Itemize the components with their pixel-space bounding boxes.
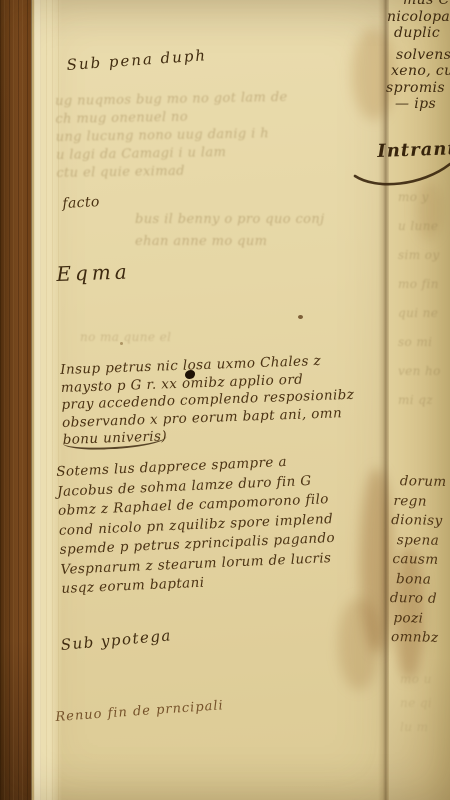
handwritten-line: mus C — [403, 0, 450, 9]
bleedthrough-line: sim oy — [398, 248, 441, 277]
bleedthrough-line: bus il benny o pro quo conj — [135, 212, 325, 234]
handwritten-line: duro d — [390, 589, 450, 610]
handwritten-line: spromis — [386, 80, 450, 97]
handwritten-line: dionisy — [391, 511, 450, 532]
entry-paragraph-1: Insup petrus nic losa uxmo Chales z mays… — [60, 351, 375, 449]
bleedthrough-line: qui ne — [398, 306, 441, 335]
bleedthrough-line: mo y — [398, 190, 441, 219]
bleedthrough-block-mid: bus il benny o pro quo conj ehan anne mo… — [135, 212, 325, 256]
bleedthrough-line: ehan anne mo qum — [135, 234, 325, 256]
handwritten-line: spena — [397, 531, 450, 552]
ink-speck — [298, 315, 303, 319]
right-page-flourish-word: Intrant — [377, 138, 450, 162]
right-page-bleedthrough-bottom: mo u ne qi lu m — [400, 672, 432, 744]
handwritten-line: — ips — [395, 96, 450, 113]
bleedthrough-line: ne qi — [400, 696, 432, 720]
handwritten-line: xeno, cu — [391, 63, 450, 80]
bleedthrough-line: mo u — [400, 672, 432, 696]
right-page-top-fragment: mus C nicolopa duplic solvens xeno, cu s… — [385, 0, 450, 113]
entry-word-facto: facto — [62, 194, 100, 212]
handwritten-line: regn — [393, 492, 450, 513]
bleedthrough-block-top: ug nuqmos bug mo no got lam de ch mug on… — [55, 90, 289, 184]
bleedthrough-line: so mi — [398, 335, 441, 364]
handwritten-line: nicolopa — [387, 9, 450, 26]
bleedthrough-line: lu m — [400, 720, 432, 744]
manuscript-photo: { "colors": { "wood": "#7c4b20", "paper"… — [0, 0, 450, 800]
handwritten-line: causm — [392, 550, 450, 571]
flourish-tail — [352, 160, 450, 192]
handwritten-line: solvens — [396, 47, 450, 64]
bleedthrough-line: u lune — [398, 219, 441, 248]
right-page-bleedthrough: mo y u lune sim oy mo fin qui ne so mi v… — [398, 190, 441, 422]
bleedthrough-line: ven ho — [398, 364, 441, 393]
right-page-lower-fragment: dorum h regn dionisy spena causm bona du… — [389, 472, 450, 649]
entry-word-flourish: Eqma — [56, 259, 131, 286]
handwritten-line: omnbz — [391, 628, 450, 649]
handwritten-line: pozi — [393, 609, 450, 630]
entry-paragraph-2: Sotems lus dapprece spampre a Jacobus de… — [56, 450, 382, 600]
bleedthrough-line: mi qz — [398, 393, 441, 422]
handwritten-line: bona — [396, 570, 450, 591]
bleedthrough-line-low: no ma qune el — [80, 330, 171, 344]
handwritten-line: dorum h — [400, 472, 450, 493]
bleedthrough-line: mo fin — [398, 277, 441, 306]
handwritten-line: duplic — [394, 25, 450, 42]
